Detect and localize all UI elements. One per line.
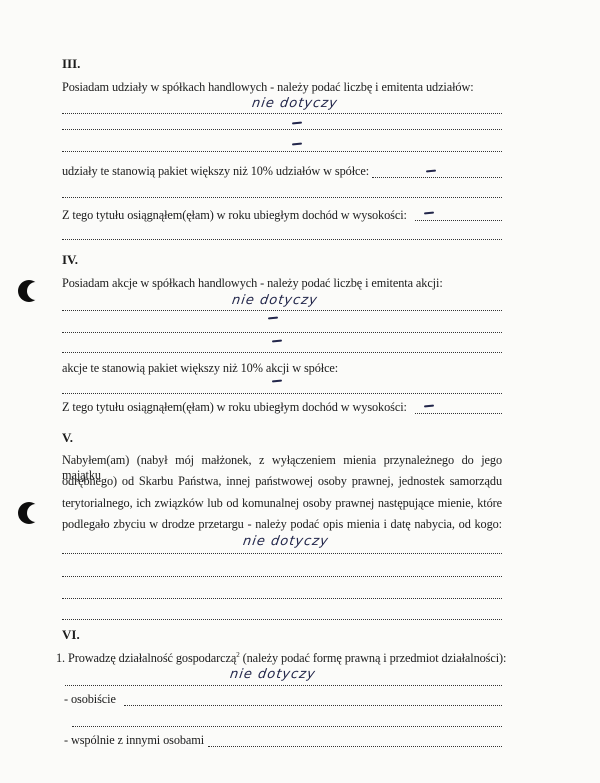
income-line[interactable] [415, 412, 502, 414]
answer-line[interactable] [62, 552, 502, 554]
answer-line[interactable] [62, 128, 502, 130]
answer-line[interactable] [62, 309, 502, 311]
stake-label: udziały te stanowią pakiet większy niż 1… [62, 164, 369, 179]
income-label: Z tego tytułu osiągnąłem(ęłam) w roku ub… [62, 400, 407, 415]
handwritten-dash [272, 379, 282, 382]
handwritten-dash [272, 339, 282, 342]
section-heading: III. [62, 56, 80, 72]
stake-line[interactable] [62, 392, 502, 394]
stake-line[interactable] [372, 176, 502, 178]
punch-hole-bottom [18, 502, 40, 524]
handwritten-dash [424, 211, 434, 214]
personal-label: - osobiście [64, 692, 116, 707]
handwritten-answer: nie dotyczy [229, 667, 317, 682]
answer-line[interactable] [62, 351, 502, 353]
joint-line[interactable] [208, 745, 502, 747]
joint-label: - wspólnie z innymi osobami [64, 733, 204, 748]
answer-line[interactable] [62, 597, 502, 599]
acquisition-prompt-line: podlegało zbyciu w drodze przetargu - na… [62, 517, 502, 532]
acquisition-prompt-line: odrębnego) od Skarbu Państwa, innej pańs… [62, 474, 502, 489]
business-prompt-tail: (należy podać formę prawną i przedmiot d… [240, 651, 507, 665]
answer-line[interactable] [62, 196, 502, 198]
business-prompt: 1. Prowadzę działalność gospodarczą2 (na… [56, 651, 506, 666]
section-heading: VI. [62, 627, 80, 643]
answer-line[interactable] [62, 112, 502, 114]
answer-line[interactable] [62, 618, 502, 620]
personal-line[interactable] [124, 704, 502, 706]
answer-line[interactable] [62, 150, 502, 152]
section-heading: IV. [62, 252, 78, 268]
stocks-prompt: Posiadam akcje w spółkach handlowych - n… [62, 276, 443, 291]
shares-prompt: Posiadam udziały w spółkach handlowych -… [62, 80, 474, 95]
handwritten-dash [292, 142, 302, 145]
handwritten-answer: nie dotyczy [242, 534, 330, 549]
handwritten-dash [268, 316, 278, 319]
acquisition-prompt-line: terytorialnego, ich związków lub od komu… [62, 496, 502, 511]
handwritten-dash [292, 121, 302, 124]
handwritten-answer: nie dotyczy [251, 96, 339, 111]
handwritten-dash [424, 404, 434, 407]
business-prompt-main: 1. Prowadzę działalność gospodarczą [56, 651, 236, 665]
answer-line[interactable] [62, 331, 502, 333]
income-label: Z tego tytułu osiągnąłem(ęłam) w roku ub… [62, 208, 407, 223]
answer-line[interactable] [65, 684, 502, 686]
answer-line[interactable] [72, 725, 502, 727]
answer-line[interactable] [62, 238, 502, 240]
income-line[interactable] [415, 219, 502, 221]
handwritten-dash [426, 169, 436, 172]
handwritten-answer: nie dotyczy [231, 293, 319, 308]
answer-line[interactable] [62, 575, 502, 577]
punch-hole-top [18, 280, 40, 302]
section-heading: V. [62, 430, 73, 446]
stake-label: akcje te stanowią pakiet większy niż 10%… [62, 361, 338, 376]
